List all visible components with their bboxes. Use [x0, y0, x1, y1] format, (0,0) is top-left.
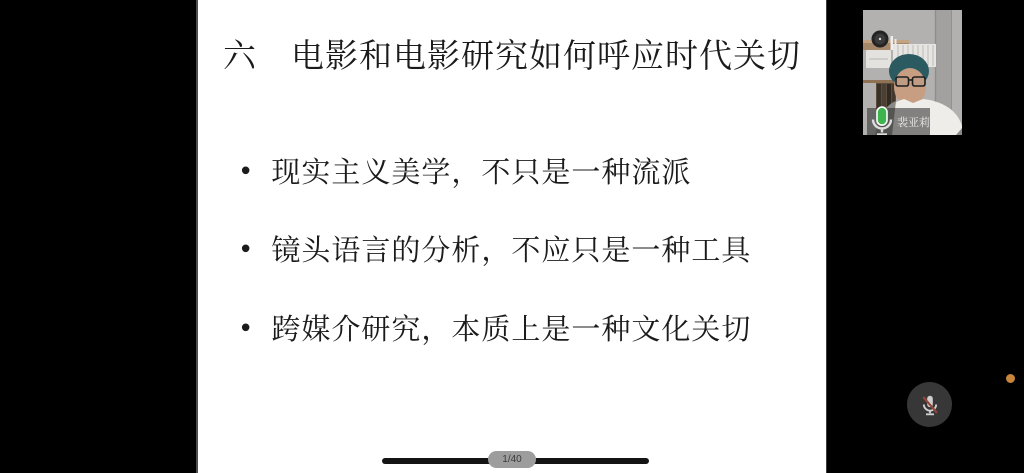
bullet-text: 跨媒介研究，本质上是一种文化关切 — [271, 309, 751, 349]
microphone-on-icon — [870, 59, 894, 135]
participant-name: 裴亚莉 — [897, 114, 930, 130]
participant-name-label: 裴亚莉 — [867, 108, 930, 135]
bullet-marker: • — [238, 309, 254, 349]
participant-video-thumbnail[interactable]: 裴亚莉 — [863, 10, 962, 135]
microphone-muted-icon — [917, 392, 943, 418]
page-indicator-text: 1/40 — [502, 454, 521, 465]
bullet-text: 镜头语言的分析，不应只是一种工具 — [271, 230, 751, 270]
bullet-item: • 现实主义美学，不只是一种流派 — [238, 152, 806, 192]
slide-title: 六 电影和电影研究如何呼应时代关切 — [198, 30, 826, 77]
bullet-marker: • — [238, 152, 254, 192]
shared-screen-slide: 六 电影和电影研究如何呼应时代关切 • 现实主义美学，不只是一种流派 • 镜头语… — [196, 0, 827, 473]
bullet-item: • 跨媒介研究，本质上是一种文化关切 — [238, 309, 806, 349]
mute-button[interactable] — [907, 382, 952, 427]
notification-dot-icon — [1006, 374, 1015, 383]
bullet-marker: • — [238, 230, 254, 270]
bullet-item: • 镜头语言的分析，不应只是一种工具 — [238, 230, 806, 270]
page-indicator-badge: 1/40 — [488, 451, 536, 468]
bullet-text: 现实主义美学，不只是一种流派 — [271, 152, 691, 192]
